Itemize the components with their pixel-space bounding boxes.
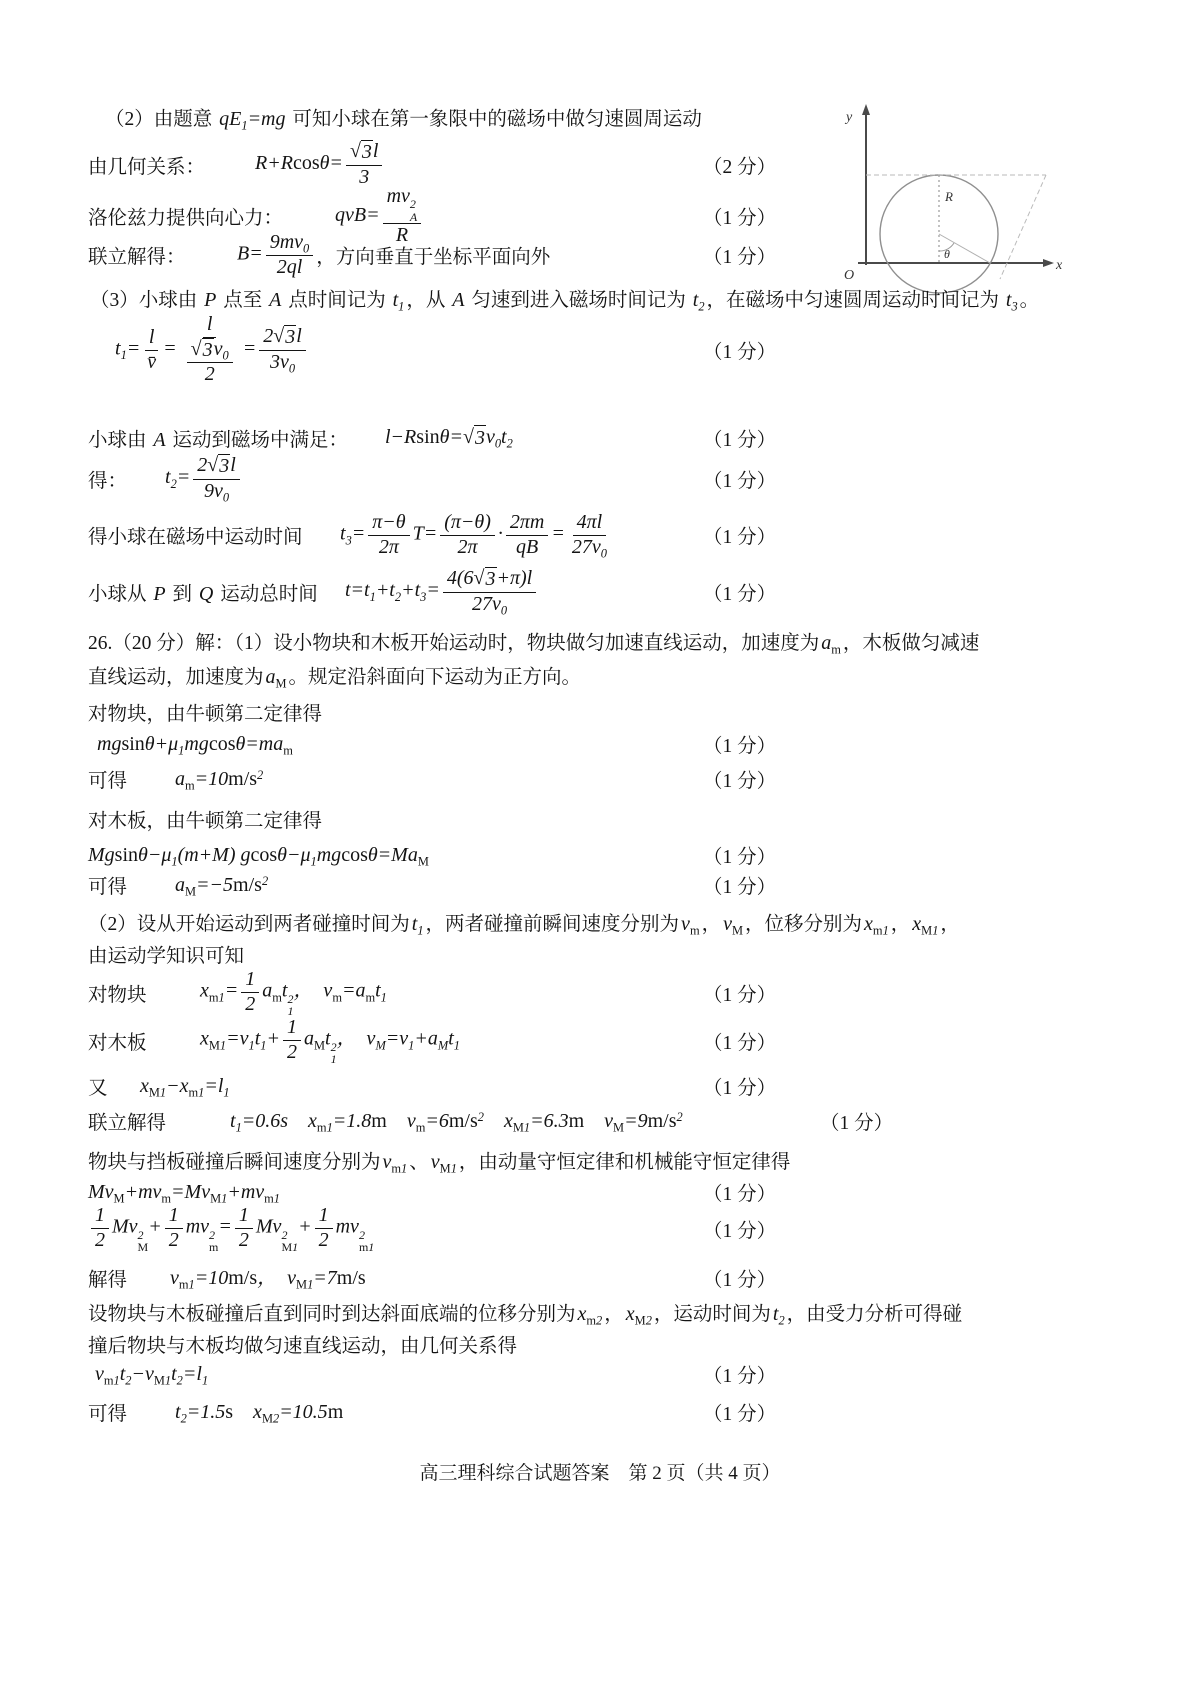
x-axis-arrow (1043, 259, 1054, 267)
label-radius: R (944, 189, 953, 204)
coordinate-circle-diagram: y x O R θ (788, 95, 1078, 307)
score-mark: （1 分） (703, 1360, 776, 1388)
line-label: 联立解得： (88, 241, 237, 269)
score-mark: （1 分） (703, 871, 776, 899)
para-part2-intro: （2）由题意 qE1=mg 可知小球在第一象限中的磁场中做匀速圆周运动 (105, 103, 702, 136)
score-mark: （1 分） (703, 765, 776, 793)
score-mark: （1 分） (820, 1107, 893, 1135)
answer-sheet-page: （2）由题意 qE1=mg 可知小球在第一象限中的磁场中做匀速圆周运动 由几何关… (0, 0, 1200, 1698)
formula-total-time: t=t1+t2+t3=4(6√3+π)l27v0 (345, 567, 539, 616)
line-newton-board-eq: Mgsinθ−μ1(m+M) gcosθ−μ1mgcosθ=MaM （1 分） (0, 839, 1200, 871)
score-mark: （1 分） (703, 202, 776, 230)
line-t2-result: 得： t2=2√3l9v0 （1 分） (0, 452, 1200, 506)
formula-aM: aM=−5m/s2 (175, 873, 268, 898)
score-mark: （1 分） (703, 1215, 776, 1243)
formula-results2: vm1=10m/s， vM1=7m/s (170, 1266, 366, 1291)
line-label: 又 (88, 1072, 140, 1100)
para-after-collision-line1: 设物块与木板碰撞后直到同时到达斜面底端的位移分别为xm2，xM2，运动时间为t2… (88, 1298, 962, 1331)
line-t1-formula: t1=lv̄=l√3v02=2√3l3v0 （1 分） (0, 300, 1200, 400)
formula-final-results: t2=1.5s xM2=10.5m (175, 1400, 343, 1425)
y-axis-arrow (862, 104, 870, 115)
line-displacement-relation: 又 xM1−xm1=l1 （1 分） (0, 1070, 1200, 1102)
formula-kinematics-block: xm1=12amt21， vm=amt1 (200, 968, 387, 1018)
line-solve-results1: 联立解得 t1=0.6s xm1=1.8m vm=6m/s2 xM1=6.3m … (0, 1105, 1200, 1137)
formula-ball-a: l−Rsinθ=√3v0t2 (385, 425, 513, 451)
line-label: 联立解得 (88, 1107, 230, 1135)
formula-newton-block: mgsinθ+μ1mgcosθ=mam (97, 732, 293, 757)
line-label: 得小球在磁场中运动时间 (88, 521, 340, 549)
line-newton-block-eq: mgsinθ+μ1mgcosθ=mam （1 分） (0, 728, 1200, 760)
score-mark: （1 分） (703, 730, 776, 758)
formula-am: am=10m/s2 (175, 767, 263, 792)
line-kinematics-block: 对物块 xm1=12amt21， vm=amt1 （1 分） (0, 966, 1200, 1020)
formula-t1: t1=lv̄=l√3v02=2√3l3v0 (115, 313, 309, 387)
page-footer: 高三理科综合试题答案 第 2 页（共 4 页） (0, 1458, 1200, 1485)
label-theta: θ (944, 247, 950, 261)
line-label: 解得 (88, 1264, 170, 1292)
para-newton-board: 对木板，由牛顿第二定律得 (88, 806, 322, 838)
para-newton-block: 对物块，由牛顿第二定律得 (88, 699, 322, 731)
label-y: y (844, 110, 853, 125)
line-label: 得： (88, 465, 165, 493)
formula-t2: t2=2√3l9v0 (165, 454, 243, 503)
para-q26-line2: 直线运动，加速度为aM。规定沿斜面向下运动为正方向。 (88, 661, 581, 694)
formula-results1: t1=0.6s xm1=1.8m vm=6m/s2 xM1=6.3m vM=9m… (230, 1109, 683, 1134)
score-mark: （2 分） (703, 151, 776, 179)
formula-geometry: R+Rcosθ=√3l3 (255, 140, 385, 189)
label-origin: O (844, 268, 854, 283)
formula-energy: 12Mv2M+12mv2m=12Mv2M1+12mv2m1 (88, 1204, 374, 1254)
line-t3-formula: 得小球在磁场中运动时间 t3=π−θ2πT=(π−θ)2π·2πmqB=4πl2… (0, 508, 1200, 562)
line-total-time: 小球从 P 到 Q 运动总时间 t=t1+t2+t3=4(6√3+π)l27v0… (0, 565, 1200, 619)
line-label: 小球由 A 运动到磁场中满足： (88, 424, 385, 452)
line-suffix: ，方向垂直于坐标平面向外 (316, 241, 550, 269)
score-mark: （1 分） (703, 1072, 776, 1100)
score-mark: （1 分） (703, 979, 776, 1007)
line-label: 对物块 (88, 979, 200, 1007)
score-mark: （1 分） (703, 1264, 776, 1292)
score-mark: （1 分） (703, 578, 776, 606)
para-collision: 物块与挡板碰撞后瞬间速度分别为vm1、vM1，由动量守恒定律和机械能守恒定律得 (88, 1146, 790, 1179)
line-label: 洛伦兹力提供向心力： (88, 202, 335, 230)
score-mark: （1 分） (703, 841, 776, 869)
line-label: 可得 (88, 871, 175, 899)
line-am-result: 可得 am=10m/s2 （1 分） (0, 763, 1200, 795)
line-geometry2-eq: vm1t2−vM1t2=l1 （1 分） (0, 1358, 1200, 1390)
formula-kinematics-board: xM1=v1t1+12aMt21， vM=v1+aMt1 (200, 1016, 460, 1066)
para-part2b-line1: （2）设从开始运动到两者碰撞时间为t1，两者碰撞前瞬间速度分别为vm，vM，位移… (88, 908, 960, 941)
formula-displacement: xM1−xm1=l1 (140, 1074, 230, 1099)
score-mark: （1 分） (703, 1398, 776, 1426)
formula-momentum: MvM+mvm=MvM1+mvm1 (88, 1180, 280, 1205)
line-aM-result: 可得 aM=−5m/s2 （1 分） (0, 869, 1200, 901)
line-kinematics-board: 对木板 xM1=v1t1+12aMt21， vM=v1+aMt1 （1 分） (0, 1014, 1200, 1068)
line-ball-from-a: 小球由 A 运动到磁场中满足： l−Rsinθ=√3v0t2 （1 分） (0, 422, 1200, 454)
line-solve-results2: 解得 vm1=10m/s， vM1=7m/s （1 分） (0, 1262, 1200, 1294)
score-mark: （1 分） (703, 465, 776, 493)
line-label: 可得 (88, 1398, 175, 1426)
score-mark: （1 分） (703, 424, 776, 452)
score-mark: （1 分） (703, 336, 776, 364)
score-mark: （1 分） (703, 521, 776, 549)
formula-geometry2: vm1t2−vM1t2=l1 (95, 1362, 208, 1387)
formula-newton-board: Mgsinθ−μ1(m+M) gcosθ−μ1mgcosθ=MaM (88, 843, 429, 868)
formula-t3: t3=π−θ2πT=(π−θ)2π·2πmqB=4πl27v0 (340, 511, 614, 559)
score-mark: （1 分） (703, 241, 776, 269)
para-q26-line1: 26.（20 分）解：（1）设小物块和木板开始运动时，物块做匀加速直线运动，加速… (88, 627, 979, 660)
line-label: 对木板 (88, 1027, 200, 1055)
line-label: 由几何关系： (88, 151, 255, 179)
line-label: 可得 (88, 765, 175, 793)
line-final-results: 可得 t2=1.5s xM2=10.5m （1 分） (0, 1396, 1200, 1428)
line-energy-eq: 12Mv2M+12mv2m=12Mv2M1+12mv2m1 （1 分） (0, 1202, 1200, 1256)
score-mark: （1 分） (703, 1027, 776, 1055)
formula-magnetic-field: B=9mv02ql (237, 231, 316, 279)
label-x: x (1055, 258, 1063, 273)
line-label: 小球从 P 到 Q 运动总时间 (88, 578, 345, 606)
